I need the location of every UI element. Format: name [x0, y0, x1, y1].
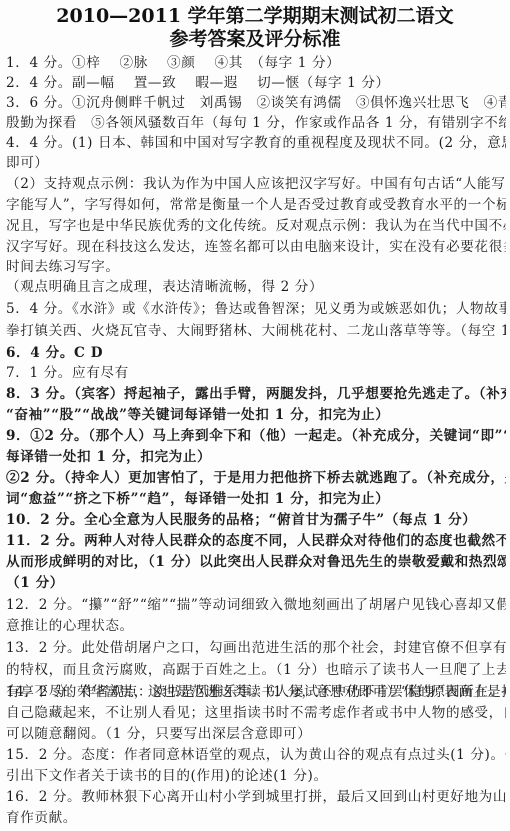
answer-line: 9．①2 分。（那个人）马上奔到伞下和（他）一起走。（补充成分，关键词“即”“投…: [6, 427, 506, 445]
answer-line: “奋袖”“股”“战战”等关键词每译错一处扣 1 分，扣完为止）: [6, 406, 506, 424]
answer-line: （观点明确且言之成理，表达清晰流畅，得 2 分）: [6, 278, 506, 296]
answer-line: 时间去练习写字。: [6, 258, 506, 276]
answer-line: 12．2 分。“攥”“舒”“缩”“揣”等动词细致入微地刻画出了胡屠户见钱心喜却又…: [6, 596, 506, 614]
document-title: 2010—2011 学年第二学期期末测试初二语文: [0, 5, 510, 27]
answer-line: 8．3 分。（宾客）捋起袖子，露出手臂，两腿发抖，几乎想要抢先逃走了。（补充成分…: [6, 385, 506, 403]
answer-line: 字能写人”，字写得如何，常常是衡量一个人是否受过教育或受教育水平的一个标志，: [6, 196, 506, 214]
answer-line: 况且，写字也是中华民族优秀的文化传统。反对观点示例：我认为在当代中国不必把: [6, 217, 506, 235]
document-subtitle: 参考答案及评分标准: [0, 28, 510, 50]
answer-line: 汉字写好。现在科技这么发达，连签名都可以由电脑来设计，实在没有必要花很多的: [6, 238, 506, 256]
answer-line: （2）支持观点示例：我认为作为中国人应该把汉字写好。中国有句古话“人能写字，: [6, 175, 506, 193]
answer-line: 11．2 分。两种人对待人民群众的态度不同，人民群众对待他们的态度也截然不同，: [6, 532, 506, 550]
answer-line: 拳打镇关西、火烧瓦官寺、大闹野猪林、大闹桃花村、二龙山落草等等。（每空 1 分）: [6, 322, 506, 340]
answer-line: 每译错一处扣 1 分，扣完为止）: [6, 448, 506, 466]
answer-line: 14．2 分。作者观点：读书是风雅乐事。（1 分，意思对即可）“隐身”表面上是指…: [6, 683, 506, 701]
answer-line: 引出下文作者关于读书的目的(作用)的论述(1 分)。: [6, 767, 506, 785]
answer-line: 殷勤为探看 ⑤各领风骚数百年（每句 1 分，作家或作品各 1 分，有错别字不给分…: [6, 114, 506, 132]
answer-line: 育作贡献。: [6, 809, 506, 827]
answer-line: ②2 分。（持伞人）更加害怕了，于是用力把他挤下桥去就逃跑了。（补充成分，关键: [6, 469, 506, 487]
answer-line: 从而形成鲜明的对比，（1 分）以此突出人民群众对鲁迅先生的崇敬爱戴和热烈颂扬。: [6, 553, 506, 571]
answer-line: 7．1 分。应有尽有: [6, 364, 506, 382]
answer-line: 10．2 分。全心全意为人民服务的品格；“俯首甘为孺子牛”（每点 1 分）: [6, 511, 506, 529]
answer-line: 13．2 分。此处借胡屠户之口，勾画出范进生活的那个社会，封建官僚不但享有巨大: [6, 639, 506, 657]
answer-line: 可以随意翻阅。（1 分，只要写出深层含意即可）: [6, 725, 506, 743]
answer-line: 15．2 分。态度：作者同意林语堂的观点，认为黄山谷的观点有点过头(1 分)。作…: [6, 746, 506, 764]
answer-line: 1．4 分。①梓 ②脉 ③颜 ④其 （每字 1 分）: [6, 54, 506, 72]
answer-key-page: 2010—2011 学年第二学期期末测试初二语文 参考答案及评分标准 1．4 分…: [0, 0, 510, 831]
answer-line: 词“愈益”“挤之下桥”“趋”，每译错一处扣 1 分，扣完为止）: [6, 490, 506, 508]
answer-line: 2．4 分。副—幅 置—致 暇—遐 切—惬（每字 1 分）: [6, 74, 506, 92]
answer-line: 即可）: [6, 154, 506, 172]
answer-line: 6．4 分。C D: [6, 344, 506, 362]
answer-line: 16．2 分。教师林狠下心离开山村小学到城里打拼，最后又回到山村更好地为山区教: [6, 788, 506, 806]
answer-line: （1 分）: [6, 574, 506, 592]
answer-line: 意推让的心理状态。: [6, 617, 506, 635]
answer-line: 自己隐藏起来，不让别人看见；这里指读书时不需考虑作者或书中人物的感受，自己: [6, 704, 506, 722]
answer-line: 4．4 分。(1) 日本、韩国和中国对写字教育的重视程度及现状不同。(2 分，意…: [6, 134, 506, 152]
answer-line: 5．4 分。《水浒》或《水浒传》；鲁达或鲁智深；见义勇为或嫉恶如仇；人物故事示例…: [6, 300, 506, 318]
answer-line: 3．6 分。①沉舟侧畔千帆过 刘禹锡 ②谈笑有鸿儒 ③俱怀逸兴壮思飞 ④青鸟: [6, 94, 506, 112]
answer-line: 的特权，而且贪污腐败，高踞于百姓之上。（1 分）也暗示了读书人一旦爬了上去，就: [6, 661, 506, 679]
